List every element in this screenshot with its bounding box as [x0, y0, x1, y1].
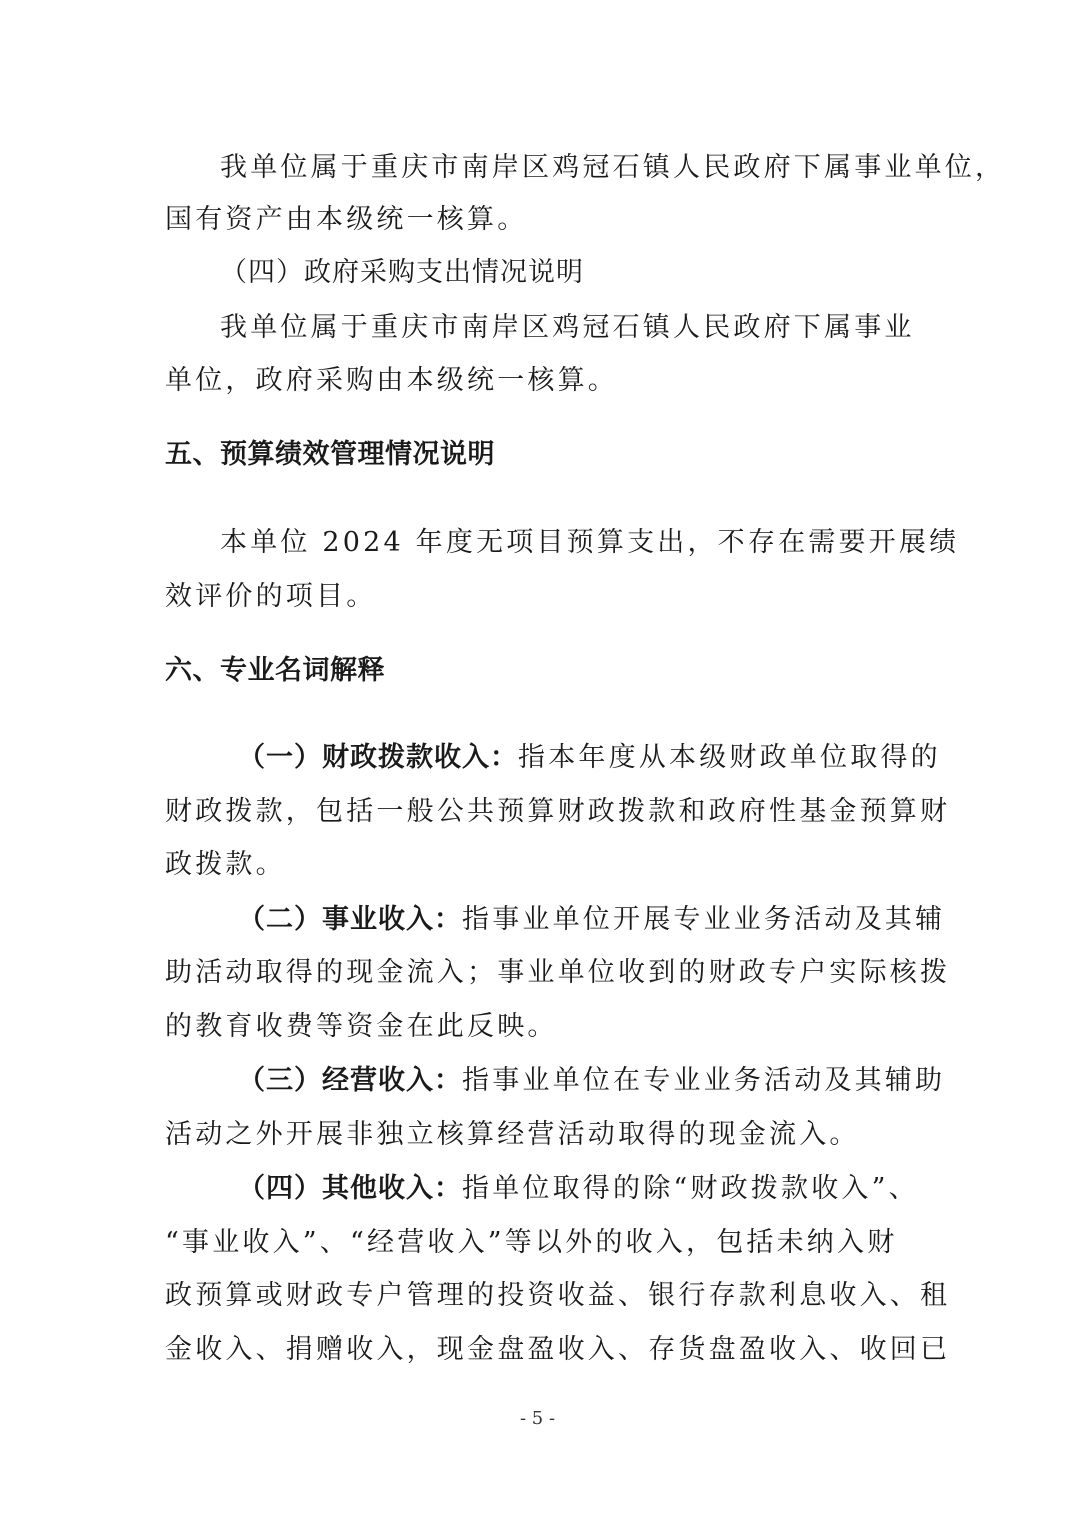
paragraph-line: 我单位属于重庆市南岸区鸡冠石镇人民政府下属事业单位， — [220, 150, 915, 186]
definition-line: （一）财政拨款收入：指本年度从本级财政单位取得的 — [238, 740, 915, 776]
definition-line: （四）其他收入：指单位取得的除“财政拨款收入”、 — [238, 1171, 915, 1207]
subsection-title: （四）政府采购支出情况说明 — [220, 255, 915, 291]
paragraph-line: 国有资产由本级统一核算。 — [165, 202, 915, 238]
definition-term: （四）其他收入： — [238, 1173, 462, 1204]
definition-term: （一）财政拨款收入： — [238, 742, 518, 773]
paragraph-line: 我单位属于重庆市南岸区鸡冠石镇人民政府下属事业 — [220, 310, 915, 346]
paragraph-line: 政预算或财政专户管理的投资收益、银行存款利息收入、租 — [165, 1278, 915, 1314]
paragraph-line: 的教育收费等资金在此反映。 — [165, 1009, 915, 1045]
definition-line: （三）经营收入：指事业单位在专业业务活动及其辅助 — [238, 1063, 915, 1099]
paragraph-line: 效评价的项目。 — [165, 579, 915, 615]
paragraph-line: 本单位 2024 年度无项目预算支出，不存在需要开展绩 — [220, 525, 915, 561]
definition-text: 指事业单位在专业业务活动及其辅助 — [462, 1065, 945, 1096]
section-heading: 五、预算绩效管理情况说明 — [165, 437, 915, 473]
paragraph-line: 金收入、捐赠收入，现金盘盈收入、存货盘盈收入、收回已 — [165, 1332, 915, 1368]
definition-line: （二）事业收入：指事业单位开展专业业务活动及其辅 — [238, 902, 915, 938]
paragraph-line: 单位，政府采购由本级统一核算。 — [165, 363, 915, 399]
definition-text: 指事业单位开展专业业务活动及其辅 — [462, 904, 945, 935]
definition-text: 指单位取得的除“财政拨款收入”、 — [462, 1173, 919, 1204]
paragraph-line: 财政拨款，包括一般公共预算财政拨款和政府性基金预算财 — [165, 794, 915, 830]
paragraph-line: 活动之外开展非独立核算经营活动取得的现金流入。 — [165, 1117, 915, 1153]
paragraph-line: 政拨款。 — [165, 847, 915, 883]
definition-text: 指本年度从本级财政单位取得的 — [518, 742, 941, 773]
document-page: 我单位属于重庆市南岸区鸡冠石镇人民政府下属事业单位， 国有资产由本级统一核算。 … — [0, 0, 1075, 1520]
page-number: - 5 - — [0, 1408, 1075, 1429]
paragraph-line: “事业收入”、“经营收入”等以外的收入，包括未纳入财 — [165, 1225, 915, 1261]
definition-term: （三）经营收入： — [238, 1065, 462, 1096]
paragraph-line: 助活动取得的现金流入；事业单位收到的财政专户实际核拨 — [165, 955, 915, 991]
section-heading: 六、专业名词解释 — [165, 653, 915, 689]
definition-term: （二）事业收入： — [238, 904, 462, 935]
